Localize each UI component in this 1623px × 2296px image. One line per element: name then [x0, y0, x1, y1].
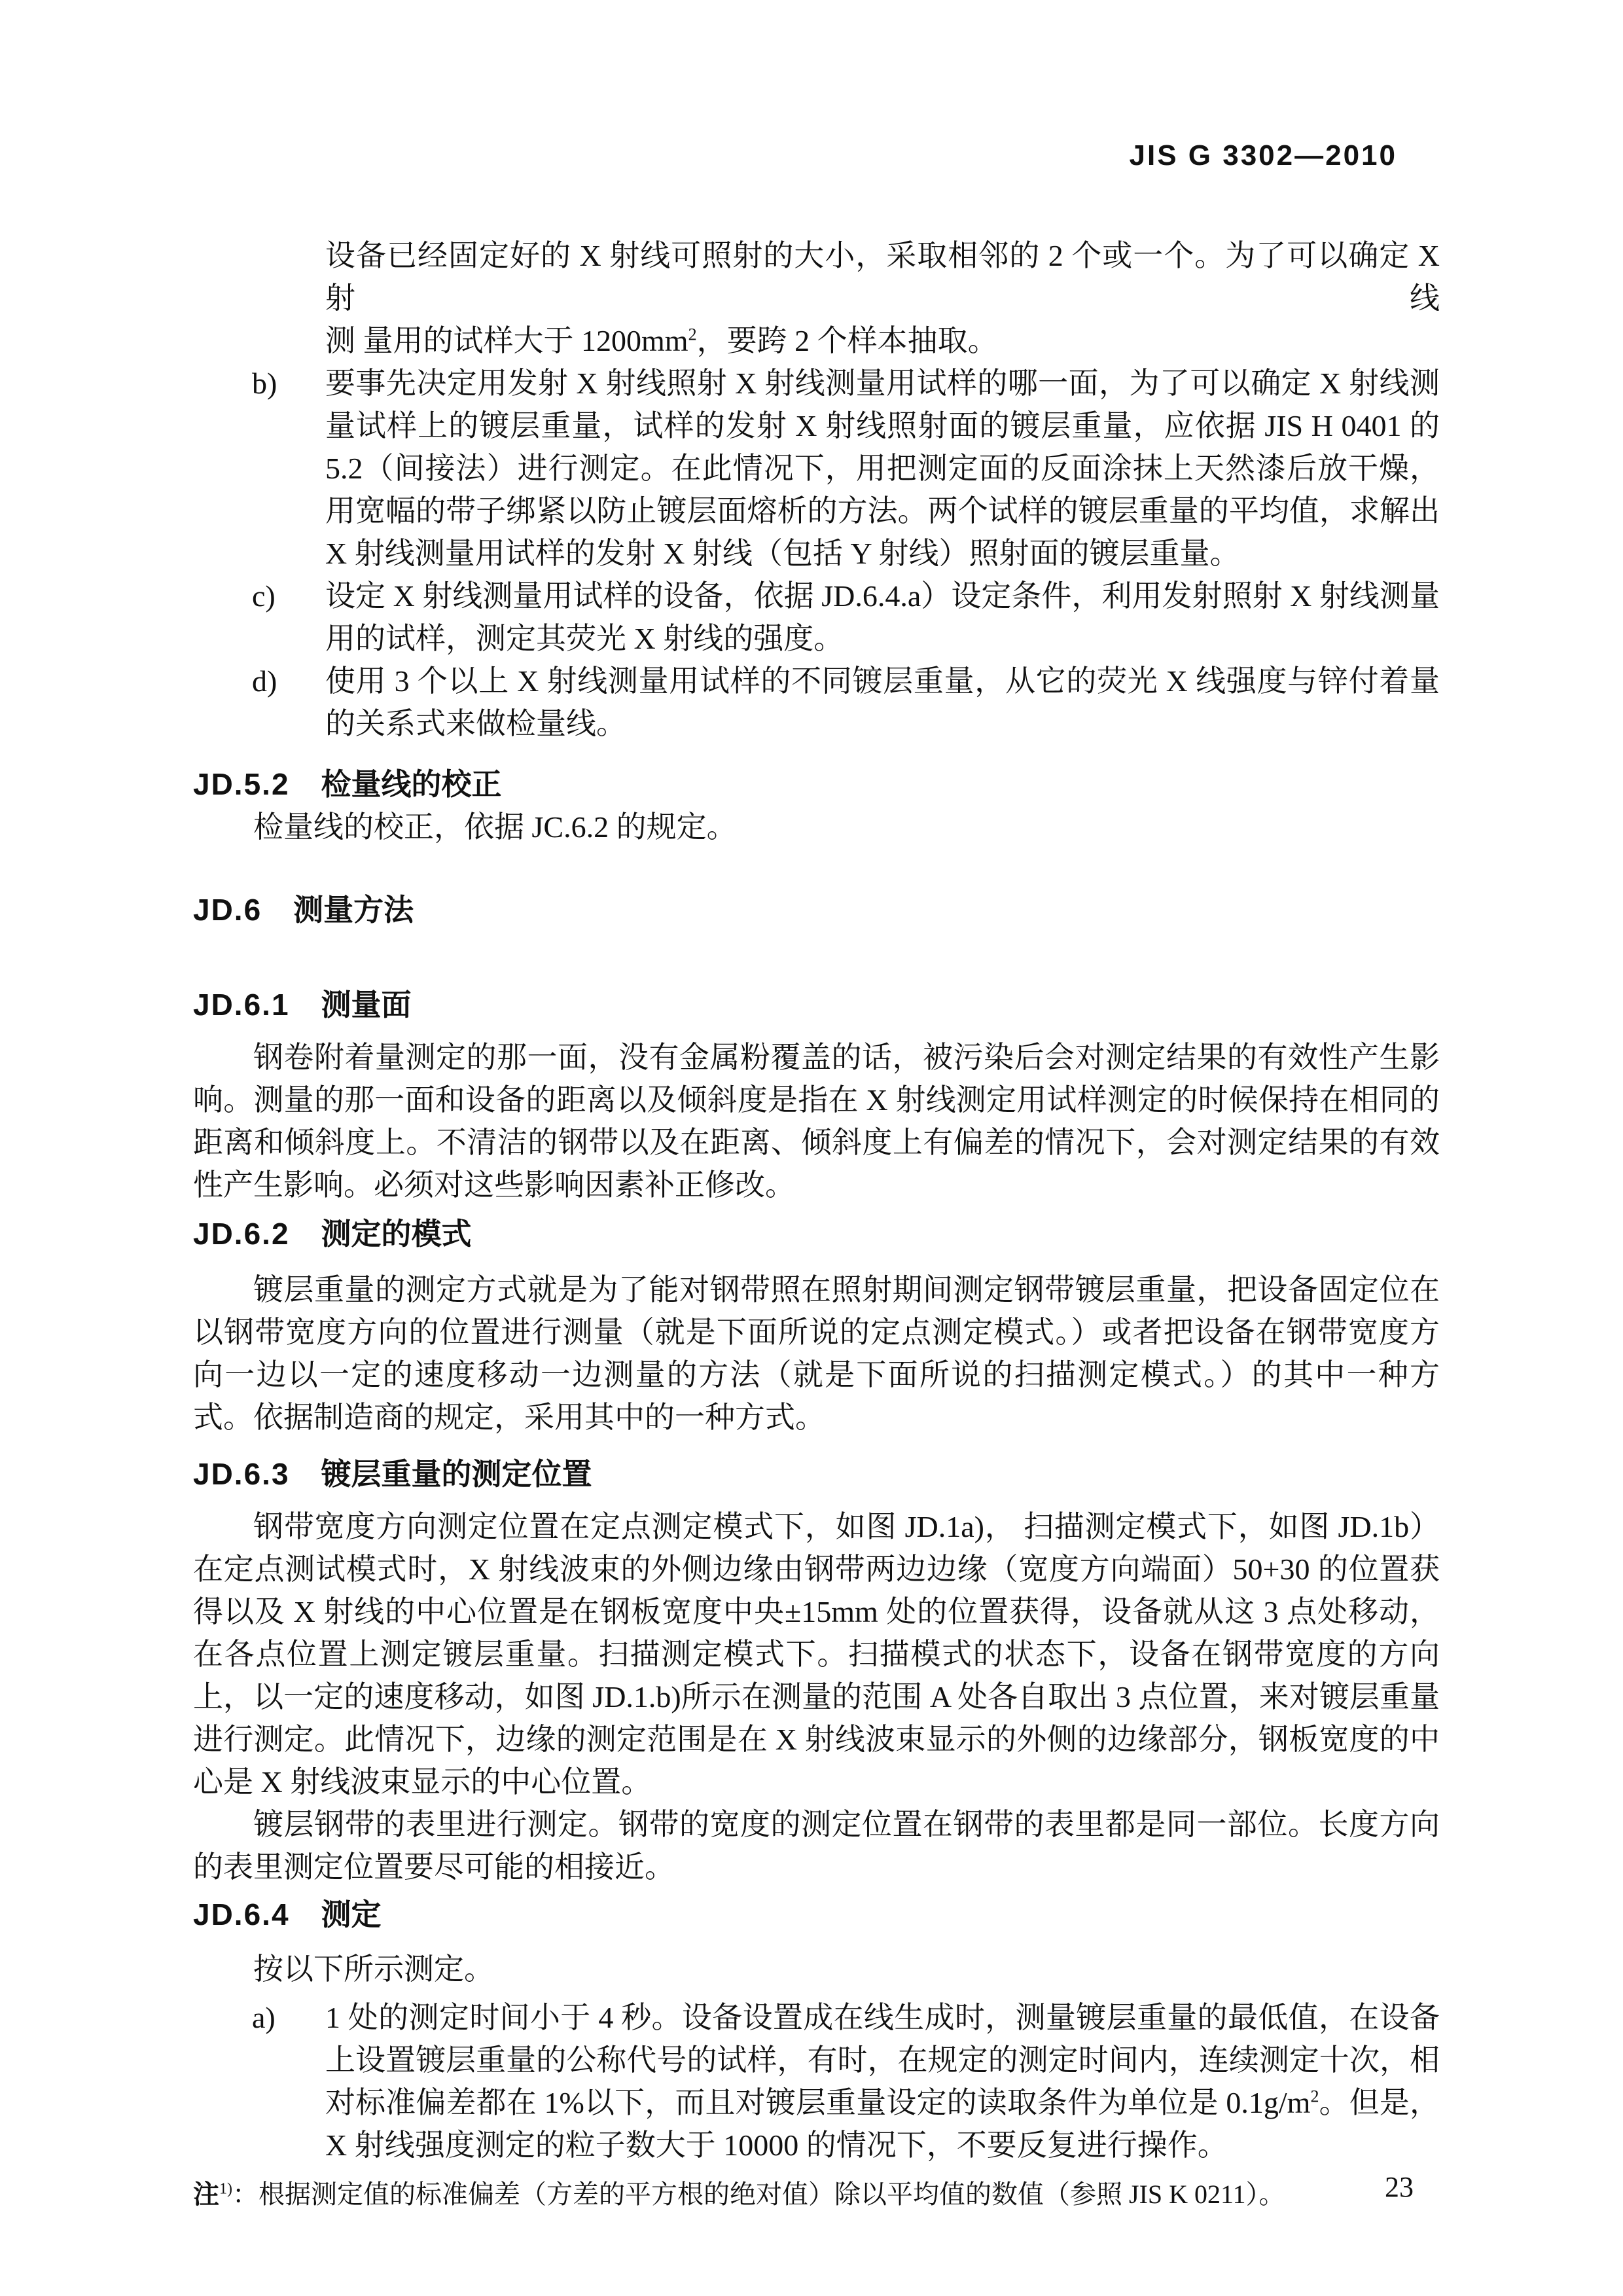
document-page: JIS G 3302—2010 设备已经固定好的 X 射线可照射的大小，采取相邻… [0, 0, 1623, 2296]
heading-title: 测量面 [321, 988, 412, 1022]
list-item-text: 要事先决定用发射 X 射线照射 X 射线测量用试样的哪一面，为了可以确定 X 射… [325, 367, 1440, 570]
heading-title: 测定 [321, 1897, 382, 1931]
section-heading-jd6: JD.6测量方法 [193, 889, 1440, 931]
paragraph-jd64: 按以下所示测定。 [193, 1948, 1440, 1990]
continuation-paragraph: 设备已经固定好的 X 射线可照射的大小，采取相邻的 2 个或一个。为了可以确定 … [325, 234, 1440, 362]
superscript-2: 2 [1310, 2087, 1319, 2106]
standard-code-header: JIS G 3302—2010 [193, 134, 1440, 177]
heading-number: JD.6.1 [193, 988, 290, 1022]
heading-number: JD.6 [193, 893, 262, 927]
list-item-d: d) 使用 3 个以上 X 射线测量用试样的不同镀层重量，从它的荧光 X 线强度… [325, 660, 1440, 745]
list-item-text: 1 处的测定时间小于 4 秒。设备设置成在线生成时，测量镀层重量的最低值，在设备… [325, 2001, 1440, 2162]
paragraph-jd61: 钢卷附着量测定的那一面，没有金属粉覆盖的话，被污染后会对测定结果的有效性产生影响… [193, 1036, 1440, 1206]
list-item-b: b) 要事先决定用发射 X 射线照射 X 射线测量用试样的哪一面，为了可以确定 … [325, 362, 1440, 575]
heading-number: JD.6.4 [193, 1897, 290, 1931]
footnote: 注1)：根据测定值的标准偏差（方差的平方根的绝对值）除以平均值的数值（参照 JI… [193, 2176, 1440, 2213]
continuation-line-2: 测 量用的试样大于 1200mm2，要跨 2 个样本抽取。 [325, 319, 1440, 362]
footnote-text: ：根据测定值的标准偏差（方差的平方根的绝对值）除以平均值的数值（参照 JIS K… [232, 2179, 1285, 2209]
list-item-label: d) [252, 660, 317, 702]
list-item-label: c) [252, 575, 317, 617]
list-item-c: c) 设定 X 射线测量用试样的设备，依据 JD.6.4.a）设定条件，利用发射… [325, 575, 1440, 660]
heading-number: JD.6.2 [193, 1217, 290, 1251]
superscript-2: 2 [688, 325, 697, 344]
paragraph-jd63-2: 镀层钢带的表里进行测定。钢带的宽度的测定位置在钢带的表里都是同一部位。长度方向的… [193, 1803, 1440, 1888]
heading-number: JD.6.3 [193, 1457, 290, 1491]
footnote-label: 注 [193, 2180, 219, 2209]
section-heading-jd52: JD.5.2检量线的校正 [193, 763, 1440, 806]
paragraph-jd52: 检量线的校正，依据 JC.6.2 的规定。 [193, 806, 1440, 848]
heading-number: JD.5.2 [193, 767, 290, 801]
section-heading-jd61: JD.6.1测量面 [193, 984, 1440, 1026]
list-item-label: b) [252, 362, 317, 404]
list-item-text: 设定 X 射线测量用试样的设备，依据 JD.6.4.a）设定条件，利用发射照射 … [325, 579, 1440, 655]
list-item-a: a) 1 处的测定时间小于 4 秒。设备设置成在线生成时，测量镀层重量的最低值，… [325, 1996, 1440, 2166]
section-heading-jd64: JD.6.4测定 [193, 1893, 1440, 1936]
continuation-line-1: 设备已经固定好的 X 射线可照射的大小，采取相邻的 2 个或一个。为了可以确定 … [325, 234, 1440, 319]
list-item-text: 使用 3 个以上 X 射线测量用试样的不同镀层重量，从它的荧光 X 线强度与锌付… [325, 664, 1440, 740]
heading-title: 镀层重量的测定位置 [321, 1457, 592, 1491]
section-heading-jd63: JD.6.3镀层重量的测定位置 [193, 1453, 1440, 1496]
section-heading-jd62: JD.6.2测定的模式 [193, 1213, 1440, 1255]
standard-code: JIS G 3302—2010 [1130, 139, 1397, 171]
paragraph-jd63-1: 钢带宽度方向测定位置在定点测定模式下，如图 JD.1a)， 扫描测定模式下，如图… [193, 1505, 1440, 1803]
heading-title: 测定的模式 [321, 1217, 472, 1251]
paragraph-jd62: 镀层重量的测定方式就是为了能对钢带照在照射期间测定钢带镀层重量，把设备固定位在以… [193, 1268, 1440, 1439]
page-number: 23 [1385, 2168, 1414, 2207]
list-item-label: a) [252, 1996, 317, 2039]
footnote-superscript: 1) [219, 2181, 232, 2198]
heading-title: 检量线的校正 [321, 767, 502, 801]
heading-title: 测量方法 [293, 893, 414, 927]
